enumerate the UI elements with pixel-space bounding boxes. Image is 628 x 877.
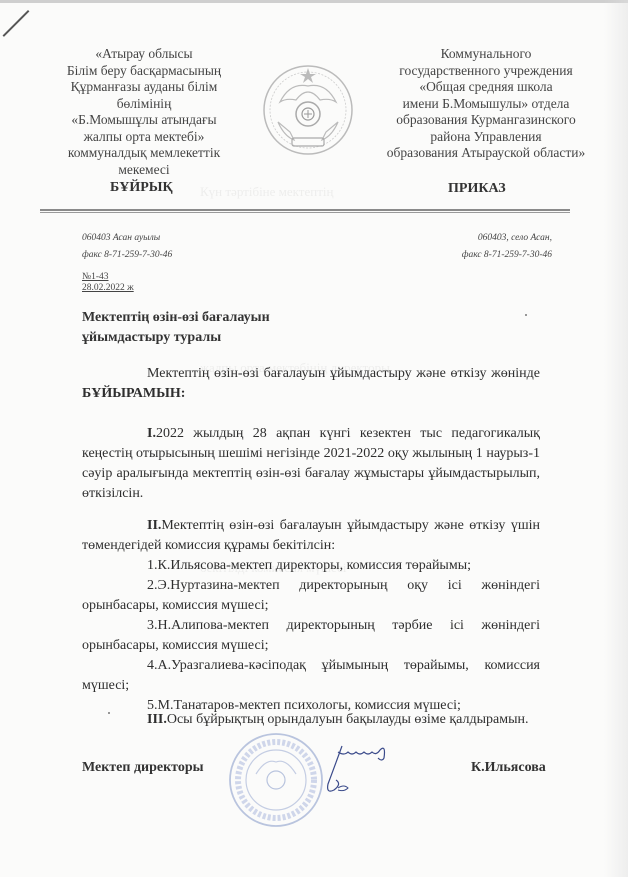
bleed-through-text: Күн тәртібіне мектептің bbox=[200, 184, 333, 200]
header-russian-institution: Коммунального государственного учреждени… bbox=[370, 46, 602, 162]
section-2: II.Мектептің өзін-өзі бағалауын ұйымдаст… bbox=[82, 516, 540, 716]
header-line: «Атырау облысы bbox=[58, 46, 230, 63]
header-line: «Общая средняя школа bbox=[370, 79, 602, 96]
scan-speck bbox=[108, 712, 110, 714]
intro-paragraph: Мектептің өзін-өзі бағалауын ұйымдастыру… bbox=[82, 364, 540, 404]
official-stamp-icon bbox=[226, 730, 326, 830]
order-keyword: БҰЙЫРАМЫН: bbox=[82, 386, 185, 401]
signatory-position: Мектеп директоры bbox=[82, 760, 204, 776]
address-kazakh: 060403 Асан ауылы факс 8-71-259-7-30-46 bbox=[82, 230, 172, 264]
subject-line: ұйымдастыру туралы bbox=[82, 328, 270, 348]
section-text: Осы бұйрықтың орындалуын бақылауды өзіме… bbox=[167, 712, 529, 727]
header-line: Білім беру басқармасының bbox=[58, 63, 230, 80]
commission-member: 2.Э.Нуртазина-мектеп директорының оқу іс… bbox=[82, 576, 540, 616]
fax-line: факс 8-71-259-7-30-46 bbox=[462, 247, 552, 264]
scan-top-edge bbox=[0, 0, 628, 3]
fax-line: факс 8-71-259-7-30-46 bbox=[82, 247, 172, 264]
header-line: «Б.Момышұлы атындағы bbox=[58, 112, 230, 129]
header-line: бөлімінің bbox=[58, 96, 230, 113]
order-date: 28.02.2022 ж bbox=[82, 283, 134, 294]
section-3: III.Осы бұйрықтың орындалуын бақылауды ө… bbox=[82, 710, 540, 730]
scan-right-edge bbox=[604, 0, 628, 877]
address-line: 060403 Асан ауылы bbox=[82, 230, 172, 247]
header-line: Құрманғазы ауданы білім bbox=[58, 79, 230, 96]
header-line: мекемесі bbox=[58, 162, 230, 179]
commission-member: 1.К.Ильясова-мектеп директоры, комиссия … bbox=[82, 556, 540, 576]
order-number: №1-43 bbox=[82, 272, 134, 283]
header-line: имени Б.Момышулы» отдела bbox=[370, 96, 602, 113]
header-kazakh-institution: «Атырау облысы Білім беру басқармасының … bbox=[58, 46, 230, 178]
director-signature bbox=[320, 738, 400, 802]
header-divider-thin bbox=[40, 212, 570, 213]
scan-speck bbox=[525, 314, 527, 316]
header-line: коммуналдық мемлекеттік bbox=[58, 145, 230, 162]
header-line: образования Атырауской области» bbox=[370, 145, 602, 162]
header-line: образования Курмангазинского bbox=[370, 112, 602, 129]
commission-member: 4.А.Уразгалиева-кәсіподақ ұйымының төрай… bbox=[82, 656, 540, 696]
header-line: района Управления bbox=[370, 129, 602, 146]
header-line: Коммунального bbox=[370, 46, 602, 63]
address-russian: 060403, село Асан, факс 8-71-259-7-30-46 bbox=[462, 230, 552, 264]
header-line: жалпы орта мектебі» bbox=[58, 129, 230, 146]
commission-member: 3.Н.Алипова-мектеп директорының тәрбие і… bbox=[82, 616, 540, 656]
address-line: 060403, село Асан, bbox=[462, 230, 552, 247]
document-title-kazakh: БҰЙРЫҚ bbox=[110, 180, 173, 196]
signatory-name: К.Ильясова bbox=[471, 760, 546, 776]
header-divider bbox=[40, 209, 570, 211]
header-line: государственного учреждения bbox=[370, 63, 602, 80]
order-subject: Мектептің өзін-өзі бағалауын ұйымдастыру… bbox=[82, 308, 270, 348]
section-numeral: I. bbox=[147, 426, 156, 441]
document-title-russian: ПРИКАЗ bbox=[448, 181, 506, 197]
section-1: I.2022 жылдың 28 ақпан күнгі кезектен ты… bbox=[82, 424, 540, 504]
section-numeral: III. bbox=[147, 712, 167, 727]
section-numeral: II. bbox=[147, 518, 161, 533]
pen-mark bbox=[3, 10, 30, 37]
state-emblem-icon bbox=[260, 62, 356, 158]
order-reference: №1-43 28.02.2022 ж bbox=[82, 272, 134, 294]
subject-line: Мектептің өзін-өзі бағалауын bbox=[82, 308, 270, 328]
intro-text: Мектептің өзін-өзі бағалауын ұйымдастыру… bbox=[147, 366, 540, 381]
